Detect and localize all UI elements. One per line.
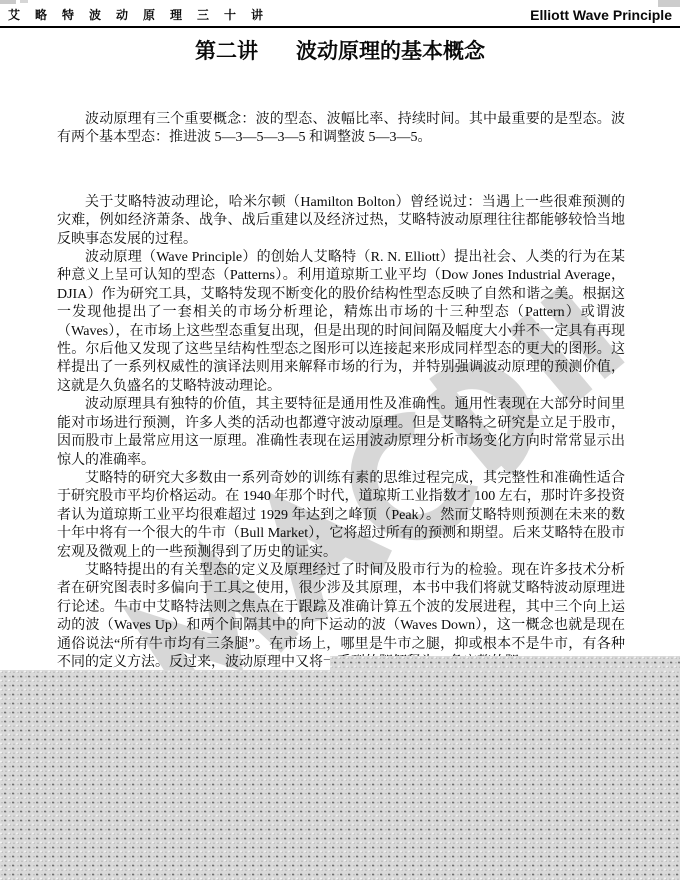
- paragraph: 波动原理有三个重要概念：波的型态、波幅比率、持续时间。其中最重要的是型态。波有两…: [57, 111, 625, 148]
- paragraph: 波动原理（Wave Principle）的创始人艾略特（R. N. Elliot…: [57, 249, 625, 396]
- page-title: 第二讲波动原理的基本概念: [0, 35, 680, 65]
- lecture-number: 第二讲: [195, 39, 258, 63]
- lecture-title: 波动原理的基本概念: [296, 39, 485, 63]
- header-right-title: Elliott Wave Principle: [530, 7, 672, 23]
- body-text: 波动原理有三个重要概念：波的型态、波幅比率、持续时间。其中最重要的是型态。波有两…: [57, 111, 625, 709]
- halftone-scan-region: [0, 670, 680, 880]
- paragraph: 关于艾略特波动理论，哈米尔顿（Hamilton Bolton）曾经说过：当遇上一…: [57, 194, 625, 249]
- page-header: 艾 略 特 波 动 原 理 三 十 讲 Elliott Wave Princip…: [0, 0, 680, 28]
- header-left-title: 艾 略 特 波 动 原 理 三 十 讲: [8, 6, 269, 23]
- paragraph: 波动原理具有独特的价值，其主要特征是通用性及准确性。通用性表现在大部分时间里能对…: [57, 396, 625, 470]
- document-page: 艾 略 特 波 动 原 理 三 十 讲 Elliott Wave Princip…: [0, 0, 680, 880]
- paragraph: 艾略特的研究大多数由一系列奇妙的训练有素的思维过程完成，其完整性和准确性适合于研…: [57, 470, 625, 562]
